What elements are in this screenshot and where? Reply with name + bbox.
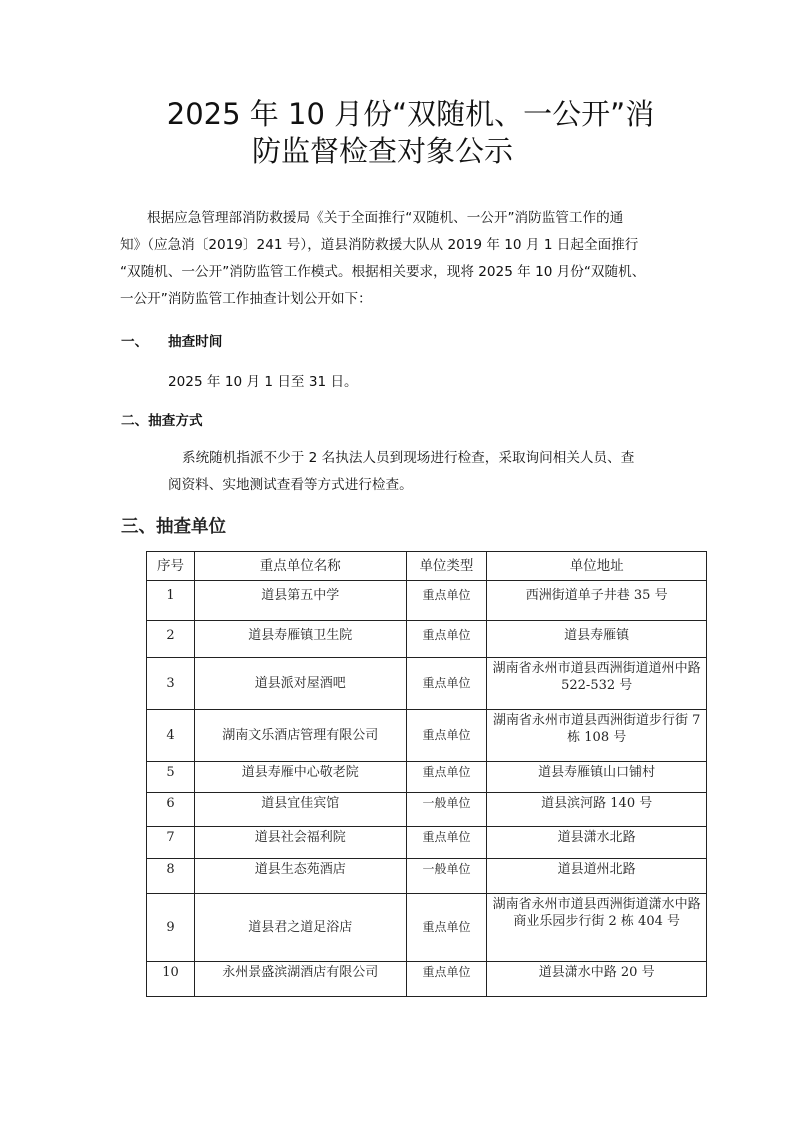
cell-type: 重点单位 <box>406 962 487 997</box>
cell-no: 5 <box>147 762 195 793</box>
cell-name: 道县寿雁中心敬老院 <box>194 762 406 793</box>
intro-line2: 知》（应急消〔2019〕241 号），道县消防救援大队从 2019 年 10 月… <box>120 232 680 259</box>
cell-address: 道县潇水北路 <box>487 827 707 859</box>
section2-body-line2: 阅资料、实地测试查看等方式进行检查。 <box>168 472 688 499</box>
cell-type: 一般单位 <box>406 793 487 827</box>
cell-type: 重点单位 <box>406 827 487 859</box>
intro-line3: “双随机、一公开”消防监管工作模式。根据相关要求，现将 2025 年 10 月份… <box>120 259 680 286</box>
table-row: 5 道县寿雁中心敬老院 重点单位 道县寿雁镇山口铺村 <box>147 762 707 793</box>
section1-heading: 一、 抽查时间 <box>121 330 148 350</box>
section2-body: 系统随机指派不少于 2 名执法人员到现场进行检查，采取询问相关人员、查 阅资料、… <box>168 445 688 499</box>
table-row: 4 湖南文乐酒店管理有限公司 重点单位 湖南省永州市道县西洲街道步行街 7 栋 … <box>147 710 707 762</box>
table-header-row: 序号 重点单位名称 单位类型 单位地址 <box>147 552 707 581</box>
cell-type: 一般单位 <box>406 859 487 894</box>
cell-name: 永州景盛滨湖酒店有限公司 <box>194 962 406 997</box>
intro-paragraph: 根据应急管理部消防救援局《关于全面推行“双随机、一公开”消防监管工作的通 知》（… <box>120 205 680 313</box>
cell-name: 道县宜佳宾馆 <box>194 793 406 827</box>
cell-name: 道县君之道足浴店 <box>194 894 406 962</box>
table-row: 1 道县第五中学 重点单位 西洲街道单子井巷 35 号 <box>147 581 707 621</box>
inspection-units-table: 序号 重点单位名称 单位类型 单位地址 1 道县第五中学 重点单位 西洲街道单子… <box>146 551 707 997</box>
cell-type: 重点单位 <box>406 762 487 793</box>
table-row: 8 道县生态苑酒店 一般单位 道县道州北路 <box>147 859 707 894</box>
table-row: 9 道县君之道足浴店 重点单位 湖南省永州市道县西洲街道潇水中路商业乐园步行街 … <box>147 894 707 962</box>
section1-title: 抽查时间 <box>168 330 222 350</box>
document-page: 2025 年 10 月份“双随机、一公开”消 防监督检查对象公示 根据应急管理部… <box>0 0 793 1122</box>
cell-name: 道县寿雁镇卫生院 <box>194 621 406 658</box>
table-row: 10 永州景盛滨湖酒店有限公司 重点单位 道县潇水中路 20 号 <box>147 962 707 997</box>
cell-name: 道县生态苑酒店 <box>194 859 406 894</box>
cell-name: 道县第五中学 <box>194 581 406 621</box>
header-type: 单位类型 <box>406 552 487 581</box>
section1-body: 2025 年 10 月 1 日至 31 日。 <box>168 370 358 390</box>
cell-address: 湖南省永州市道县西洲街道步行街 7 栋 108 号 <box>487 710 707 762</box>
cell-no: 6 <box>147 793 195 827</box>
intro-line1: 根据应急管理部消防救援局《关于全面推行“双随机、一公开”消防监管工作的通 <box>147 210 623 226</box>
section2-body-line1: 系统随机指派不少于 2 名执法人员到现场进行检查，采取询问相关人员、查 <box>182 450 634 466</box>
document-title-line1: 2025 年 10 月份“双随机、一公开”消 <box>14 95 793 133</box>
cell-no: 2 <box>147 621 195 658</box>
cell-name: 道县派对屋酒吧 <box>194 658 406 710</box>
document-title-line2: 防监督检查对象公示 <box>0 132 779 170</box>
table-row: 3 道县派对屋酒吧 重点单位 湖南省永州市道县西洲街道道州中路 522-532 … <box>147 658 707 710</box>
cell-no: 8 <box>147 859 195 894</box>
cell-no: 4 <box>147 710 195 762</box>
cell-address: 湖南省永州市道县西洲街道潇水中路商业乐园步行街 2 栋 404 号 <box>487 894 707 962</box>
cell-address: 西洲街道单子井巷 35 号 <box>487 581 707 621</box>
section2-heading: 二、抽查方式 <box>121 409 203 429</box>
cell-address: 道县道州北路 <box>487 859 707 894</box>
cell-address: 道县寿雁镇 <box>487 621 707 658</box>
cell-name: 湖南文乐酒店管理有限公司 <box>194 710 406 762</box>
table-row: 7 道县社会福利院 重点单位 道县潇水北路 <box>147 827 707 859</box>
table-row: 2 道县寿雁镇卫生院 重点单位 道县寿雁镇 <box>147 621 707 658</box>
cell-address: 道县潇水中路 20 号 <box>487 962 707 997</box>
table-row: 6 道县宜佳宾馆 一般单位 道县滨河路 140 号 <box>147 793 707 827</box>
header-address: 单位地址 <box>487 552 707 581</box>
section1-number: 一、 <box>121 334 148 350</box>
cell-no: 9 <box>147 894 195 962</box>
header-no: 序号 <box>147 552 195 581</box>
cell-type: 重点单位 <box>406 894 487 962</box>
cell-type: 重点单位 <box>406 621 487 658</box>
cell-no: 3 <box>147 658 195 710</box>
cell-no: 1 <box>147 581 195 621</box>
cell-type: 重点单位 <box>406 658 487 710</box>
header-name: 重点单位名称 <box>194 552 406 581</box>
cell-name: 道县社会福利院 <box>194 827 406 859</box>
cell-type: 重点单位 <box>406 581 487 621</box>
cell-no: 7 <box>147 827 195 859</box>
cell-address: 湖南省永州市道县西洲街道道州中路 522-532 号 <box>487 658 707 710</box>
cell-no: 10 <box>147 962 195 997</box>
cell-type: 重点单位 <box>406 710 487 762</box>
cell-address: 道县滨河路 140 号 <box>487 793 707 827</box>
cell-address: 道县寿雁镇山口铺村 <box>487 762 707 793</box>
section3-heading: 三、抽查单位 <box>121 513 226 538</box>
intro-line4: 一公开”消防监管工作抽查计划公开如下： <box>120 286 680 313</box>
